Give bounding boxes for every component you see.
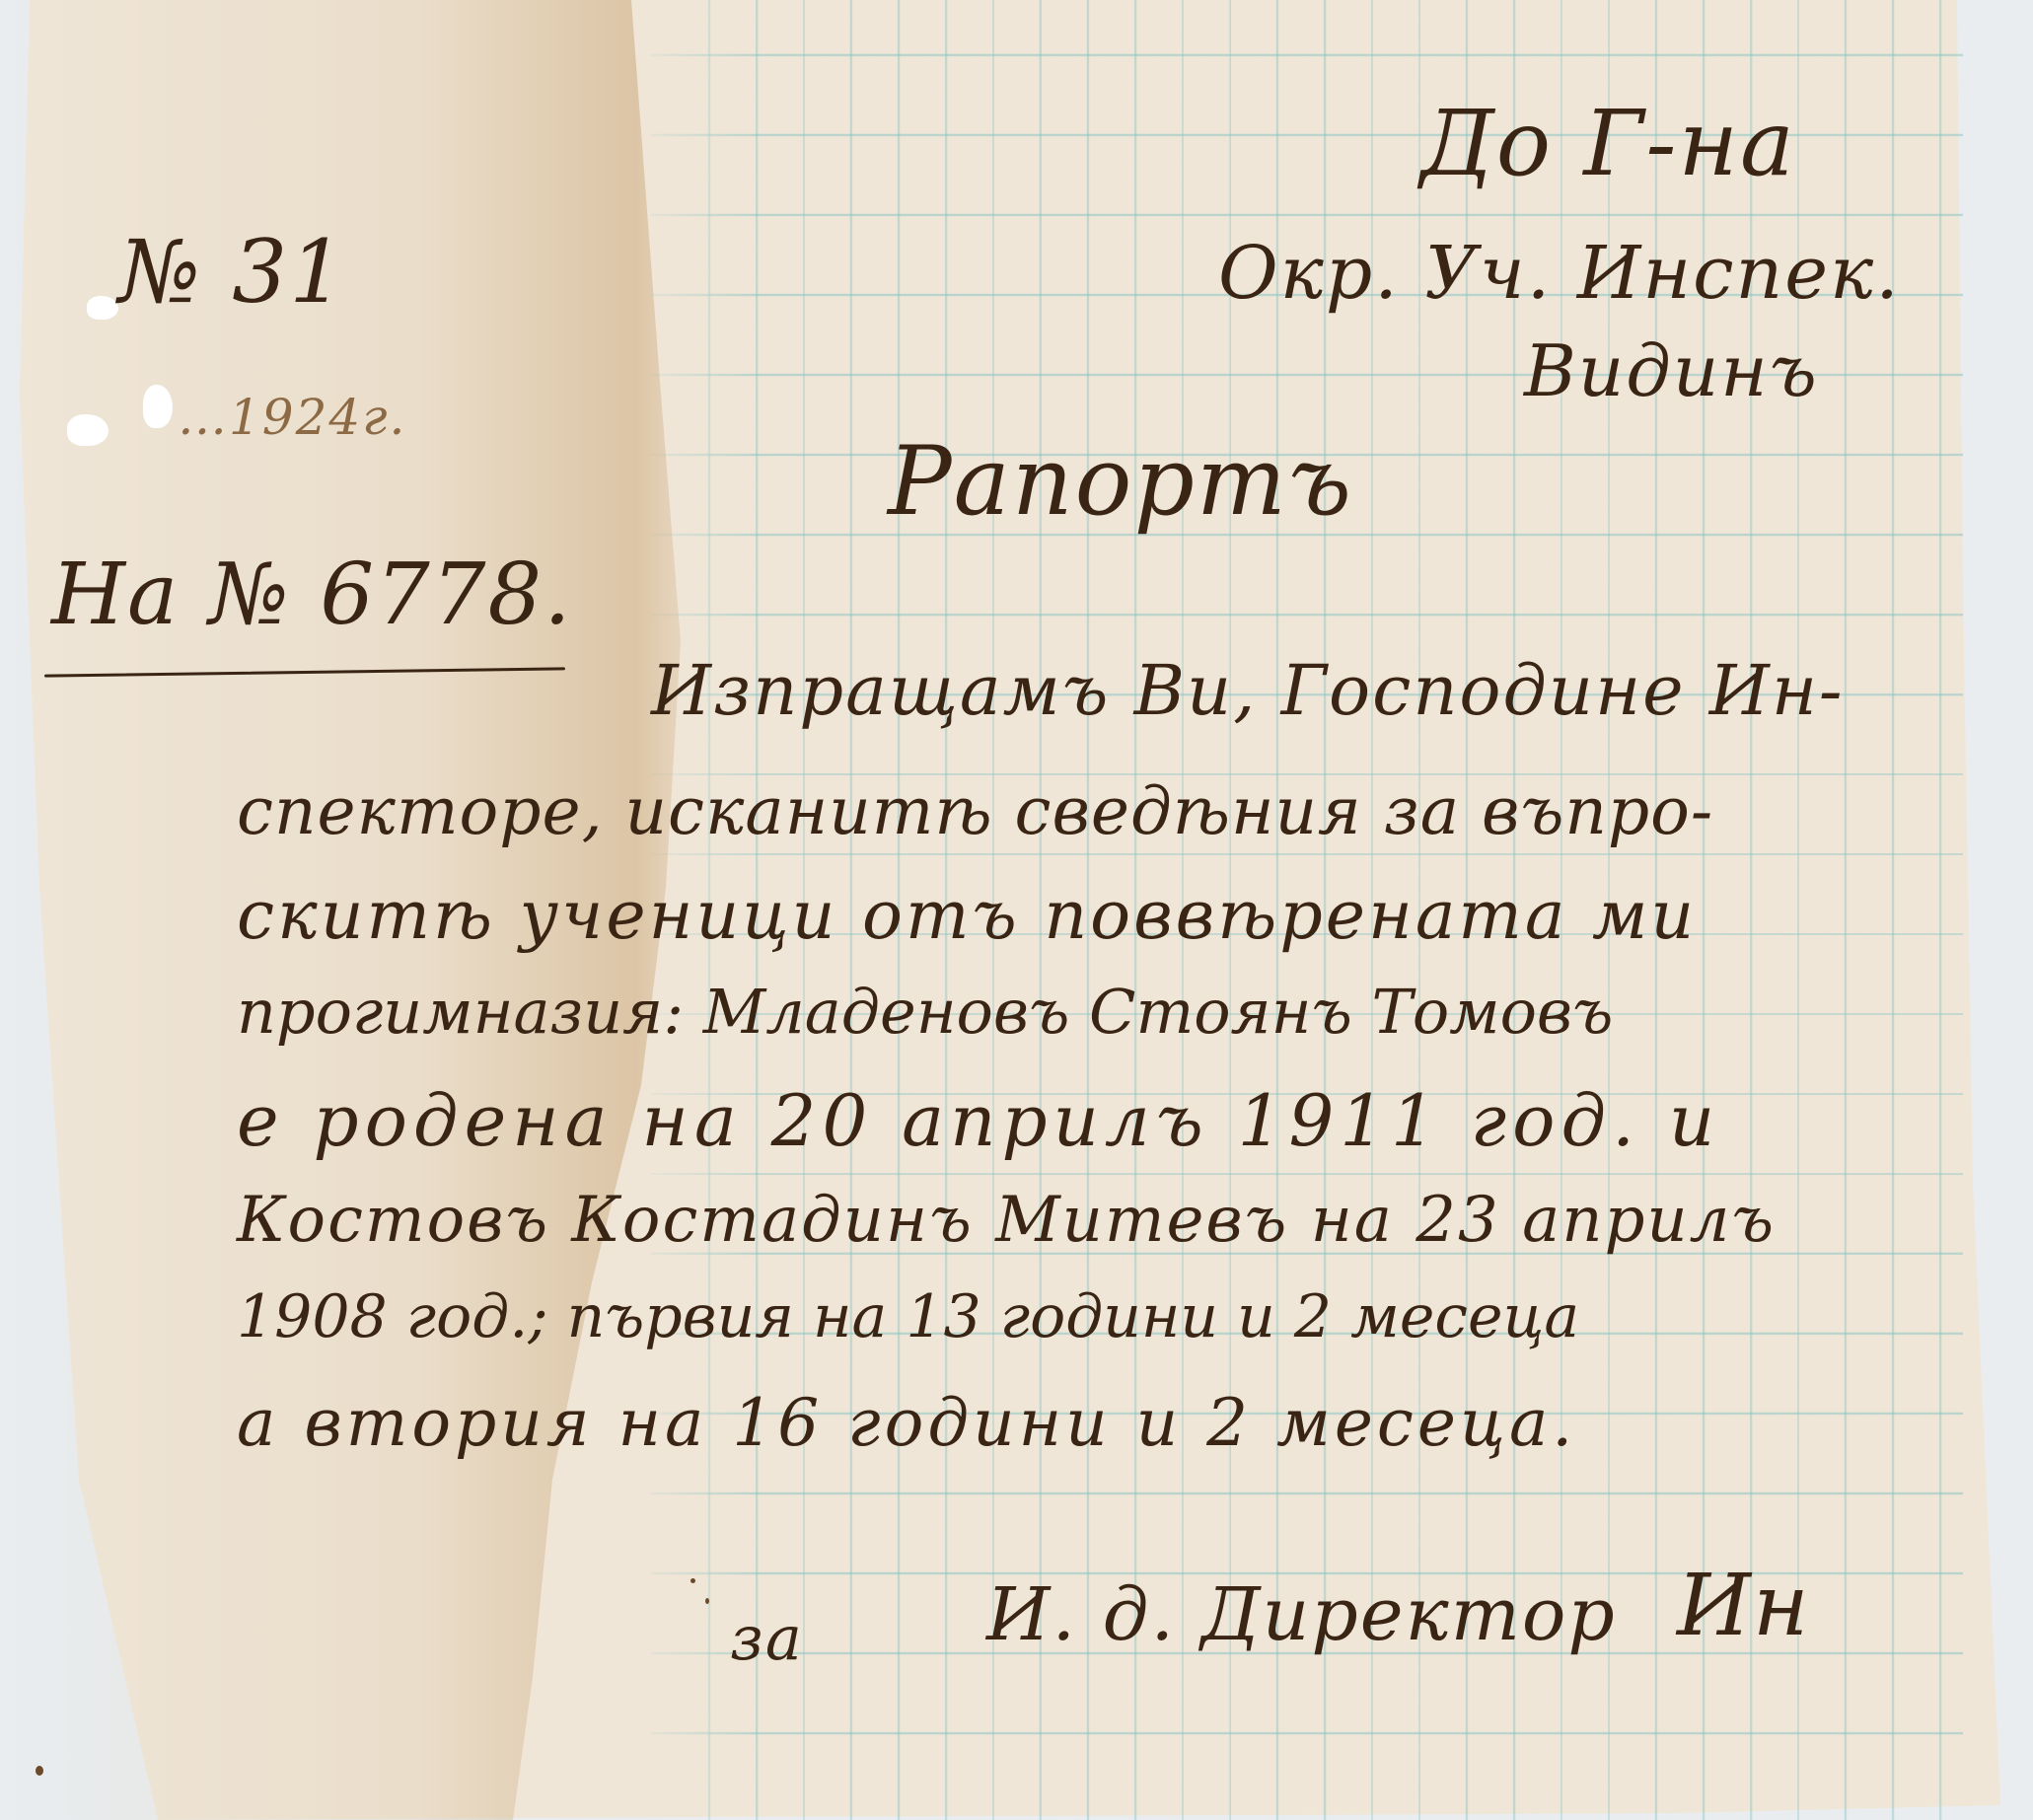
addressee-line-3: Видинъ	[1524, 335, 1819, 406]
paper-hole	[143, 385, 173, 428]
body-line-5: е родена на 20 априлъ 1911 год. и	[237, 1085, 1720, 1156]
signature-title: И. д. Директор	[986, 1578, 1617, 1651]
paper-hole	[67, 414, 109, 446]
reference-number: На № 6778.	[51, 552, 573, 637]
ink-speck	[705, 1598, 709, 1604]
registry-date: …1924г.	[178, 393, 406, 442]
body-line-2: спекторе, исканитѣ сведѣния за въпро-	[237, 779, 1713, 844]
signature-mark: Ин	[1677, 1564, 1811, 1648]
addressee-line-2: Окр. Уч. Инспек.	[1218, 237, 1901, 310]
body-line-8: а втория на 16 години и 2 месеца.	[237, 1391, 1576, 1456]
body-line-7: 1908 год.; първия на 13 години и 2 месец…	[237, 1287, 1579, 1347]
registry-number: № 31	[118, 229, 346, 316]
signature-prefix: за	[730, 1608, 804, 1669]
body-line-4: прогимназия: Младеновъ Стоянъ Томовъ	[237, 982, 1613, 1043]
addressee-line-1: До Г-на	[1420, 99, 1796, 189]
document-title: Рапортъ	[888, 434, 1353, 529]
body-line-1: Изпращамъ Ви, Господине Ин-	[651, 656, 1845, 725]
paper-hole	[87, 296, 118, 320]
ink-speck	[690, 1578, 695, 1583]
body-line-3: скитѣ ученици отъ поввѣрената ми	[237, 883, 1697, 950]
body-line-6: Костовъ Костадинъ Митевъ на 23 априлъ	[237, 1189, 1776, 1252]
ink-speck	[36, 1766, 43, 1776]
